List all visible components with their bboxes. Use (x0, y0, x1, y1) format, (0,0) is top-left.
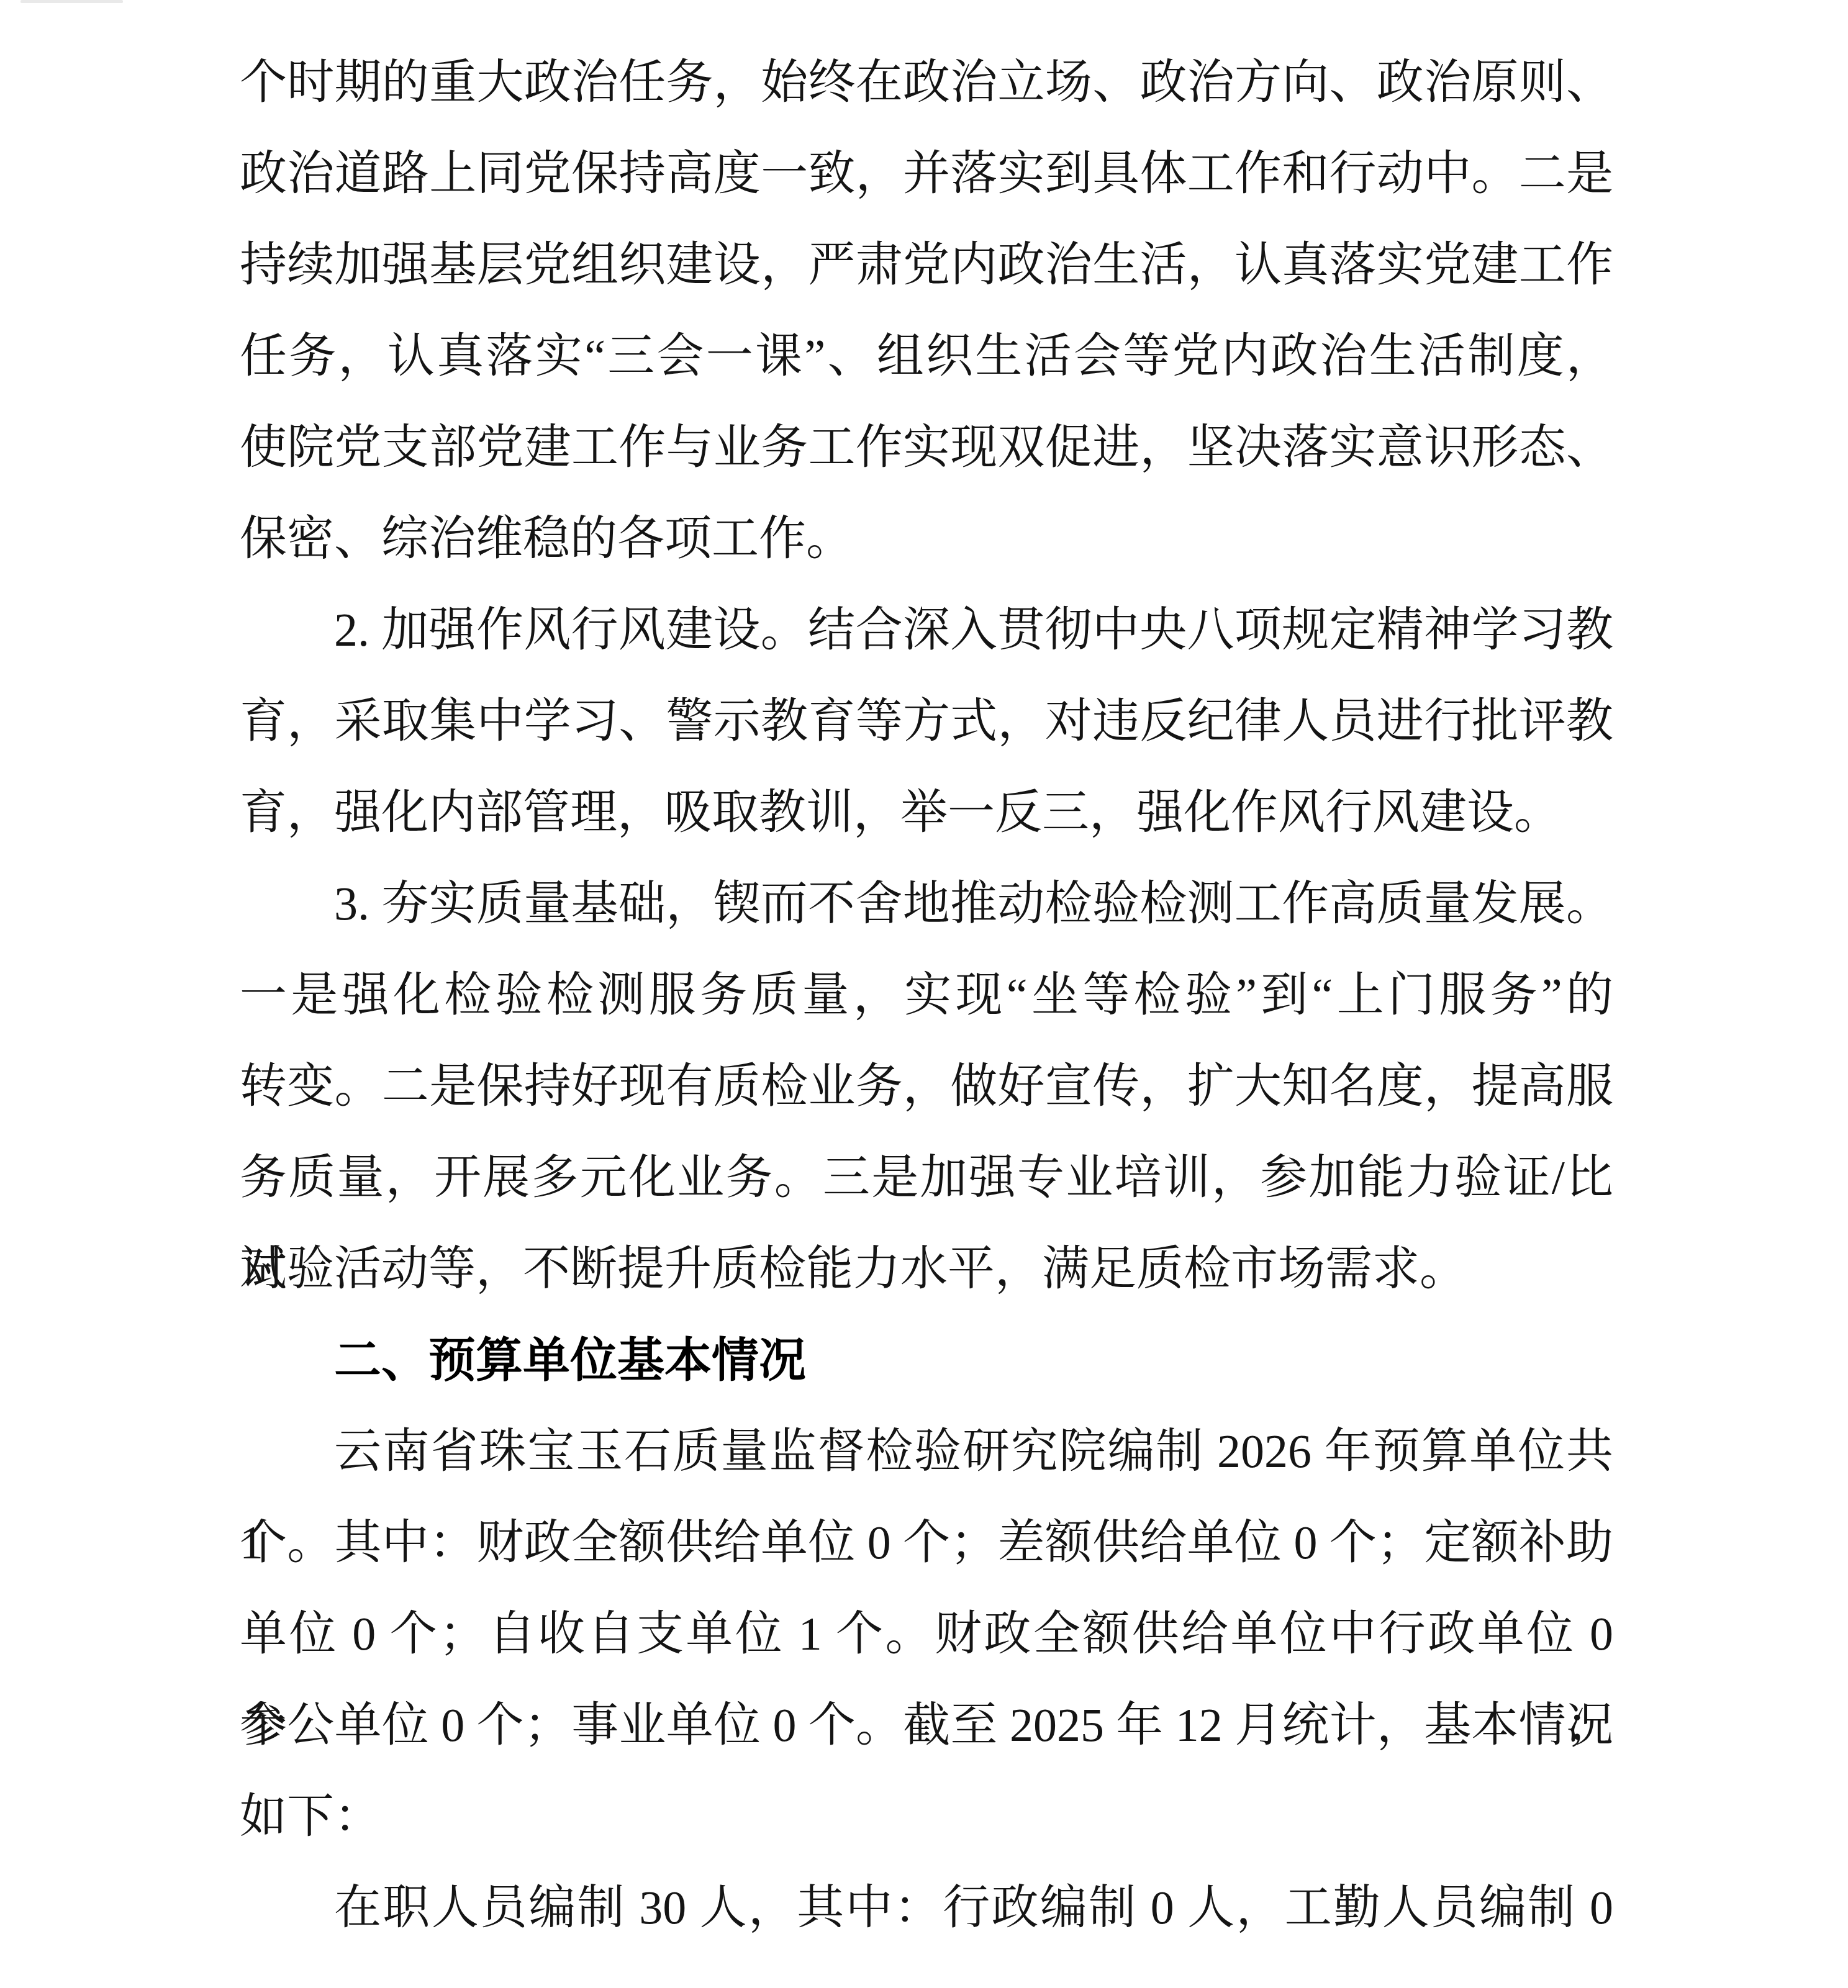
text-line paragraph-start: 3. 夯实质量基础，锲而不舍地推动检验检测工作高质量发展。 (240, 859, 1613, 950)
text-line: 育，采取集中学习、警示教育等方式，对违反纪律人员进行批评教 (240, 676, 1613, 767)
text-line paragraph-start: 云南省珠宝玉石质量监督检验研究院编制 2026 年预算单位共 1 (240, 1406, 1613, 1498)
scan-artifact (20, 0, 123, 3)
text-line: 使院党支部党建工作与业务工作实现双促进，坚决落实意识形态、 (240, 402, 1613, 494)
text-line: 个。其中：财政全额供给单位 0 个；差额供给单位 0 个；定额补助 (240, 1498, 1613, 1589)
text-line: 单位 0 个；自收自支单位 1 个。财政全额供给单位中行政单位 0 个； (240, 1589, 1613, 1680)
text-line paragraph-start: 在职人员编制 30 人，其中：行政编制 0 人，工勤人员编制 0 (240, 1863, 1613, 1954)
text-line paragraph-end: 如下： (240, 1771, 1613, 1863)
text-line: 一是强化检验检测服务质量，实现“坐等检验”到“上门服务”的 (240, 950, 1613, 1041)
text-line: 个时期的重大政治任务，始终在政治立场、政治方向、政治原则、 (240, 37, 1613, 129)
text-line: 持续加强基层党组织建设，严肃党内政治生活，认真落实党建工作 (240, 220, 1613, 311)
text-line: 务质量，开展多元化业务。三是加强专业培训，参加能力验证/比对 (240, 1132, 1613, 1224)
text-line: 参公单位 0 个；事业单位 0 个。截至 2025 年 12 月统计，基本情况 (240, 1680, 1613, 1771)
document-page: 个时期的重大政治任务，始终在政治立场、政治方向、政治原则、 政治道路上同党保持高… (0, 0, 1848, 1988)
text-line: 转变。二是保持好现有质检业务，做好宣传，扩大知名度，提高服 (240, 1041, 1613, 1132)
document-text-block: 个时期的重大政治任务，始终在政治立场、政治方向、政治原则、 政治道路上同党保持高… (240, 37, 1613, 1954)
text-line paragraph-end: 试验活动等，不断提升质检能力水平，满足质检市场需求。 (240, 1224, 1613, 1315)
text-line paragraph-end: 保密、综治维稳的各项工作。 (240, 494, 1613, 585)
text-line: 政治道路上同党保持高度一致，并落实到具体工作和行动中。二是 (240, 129, 1613, 220)
section-heading: 二、预算单位基本情况 (240, 1315, 1613, 1406)
text-line paragraph-end: 育，强化内部管理，吸取教训，举一反三，强化作风行风建设。 (240, 767, 1613, 859)
text-line paragraph-start: 2. 加强作风行风建设。结合深入贯彻中央八项规定精神学习教 (240, 585, 1613, 676)
text-line: 任务，认真落实“三会一课”、组织生活会等党内政治生活制度， (240, 311, 1613, 402)
